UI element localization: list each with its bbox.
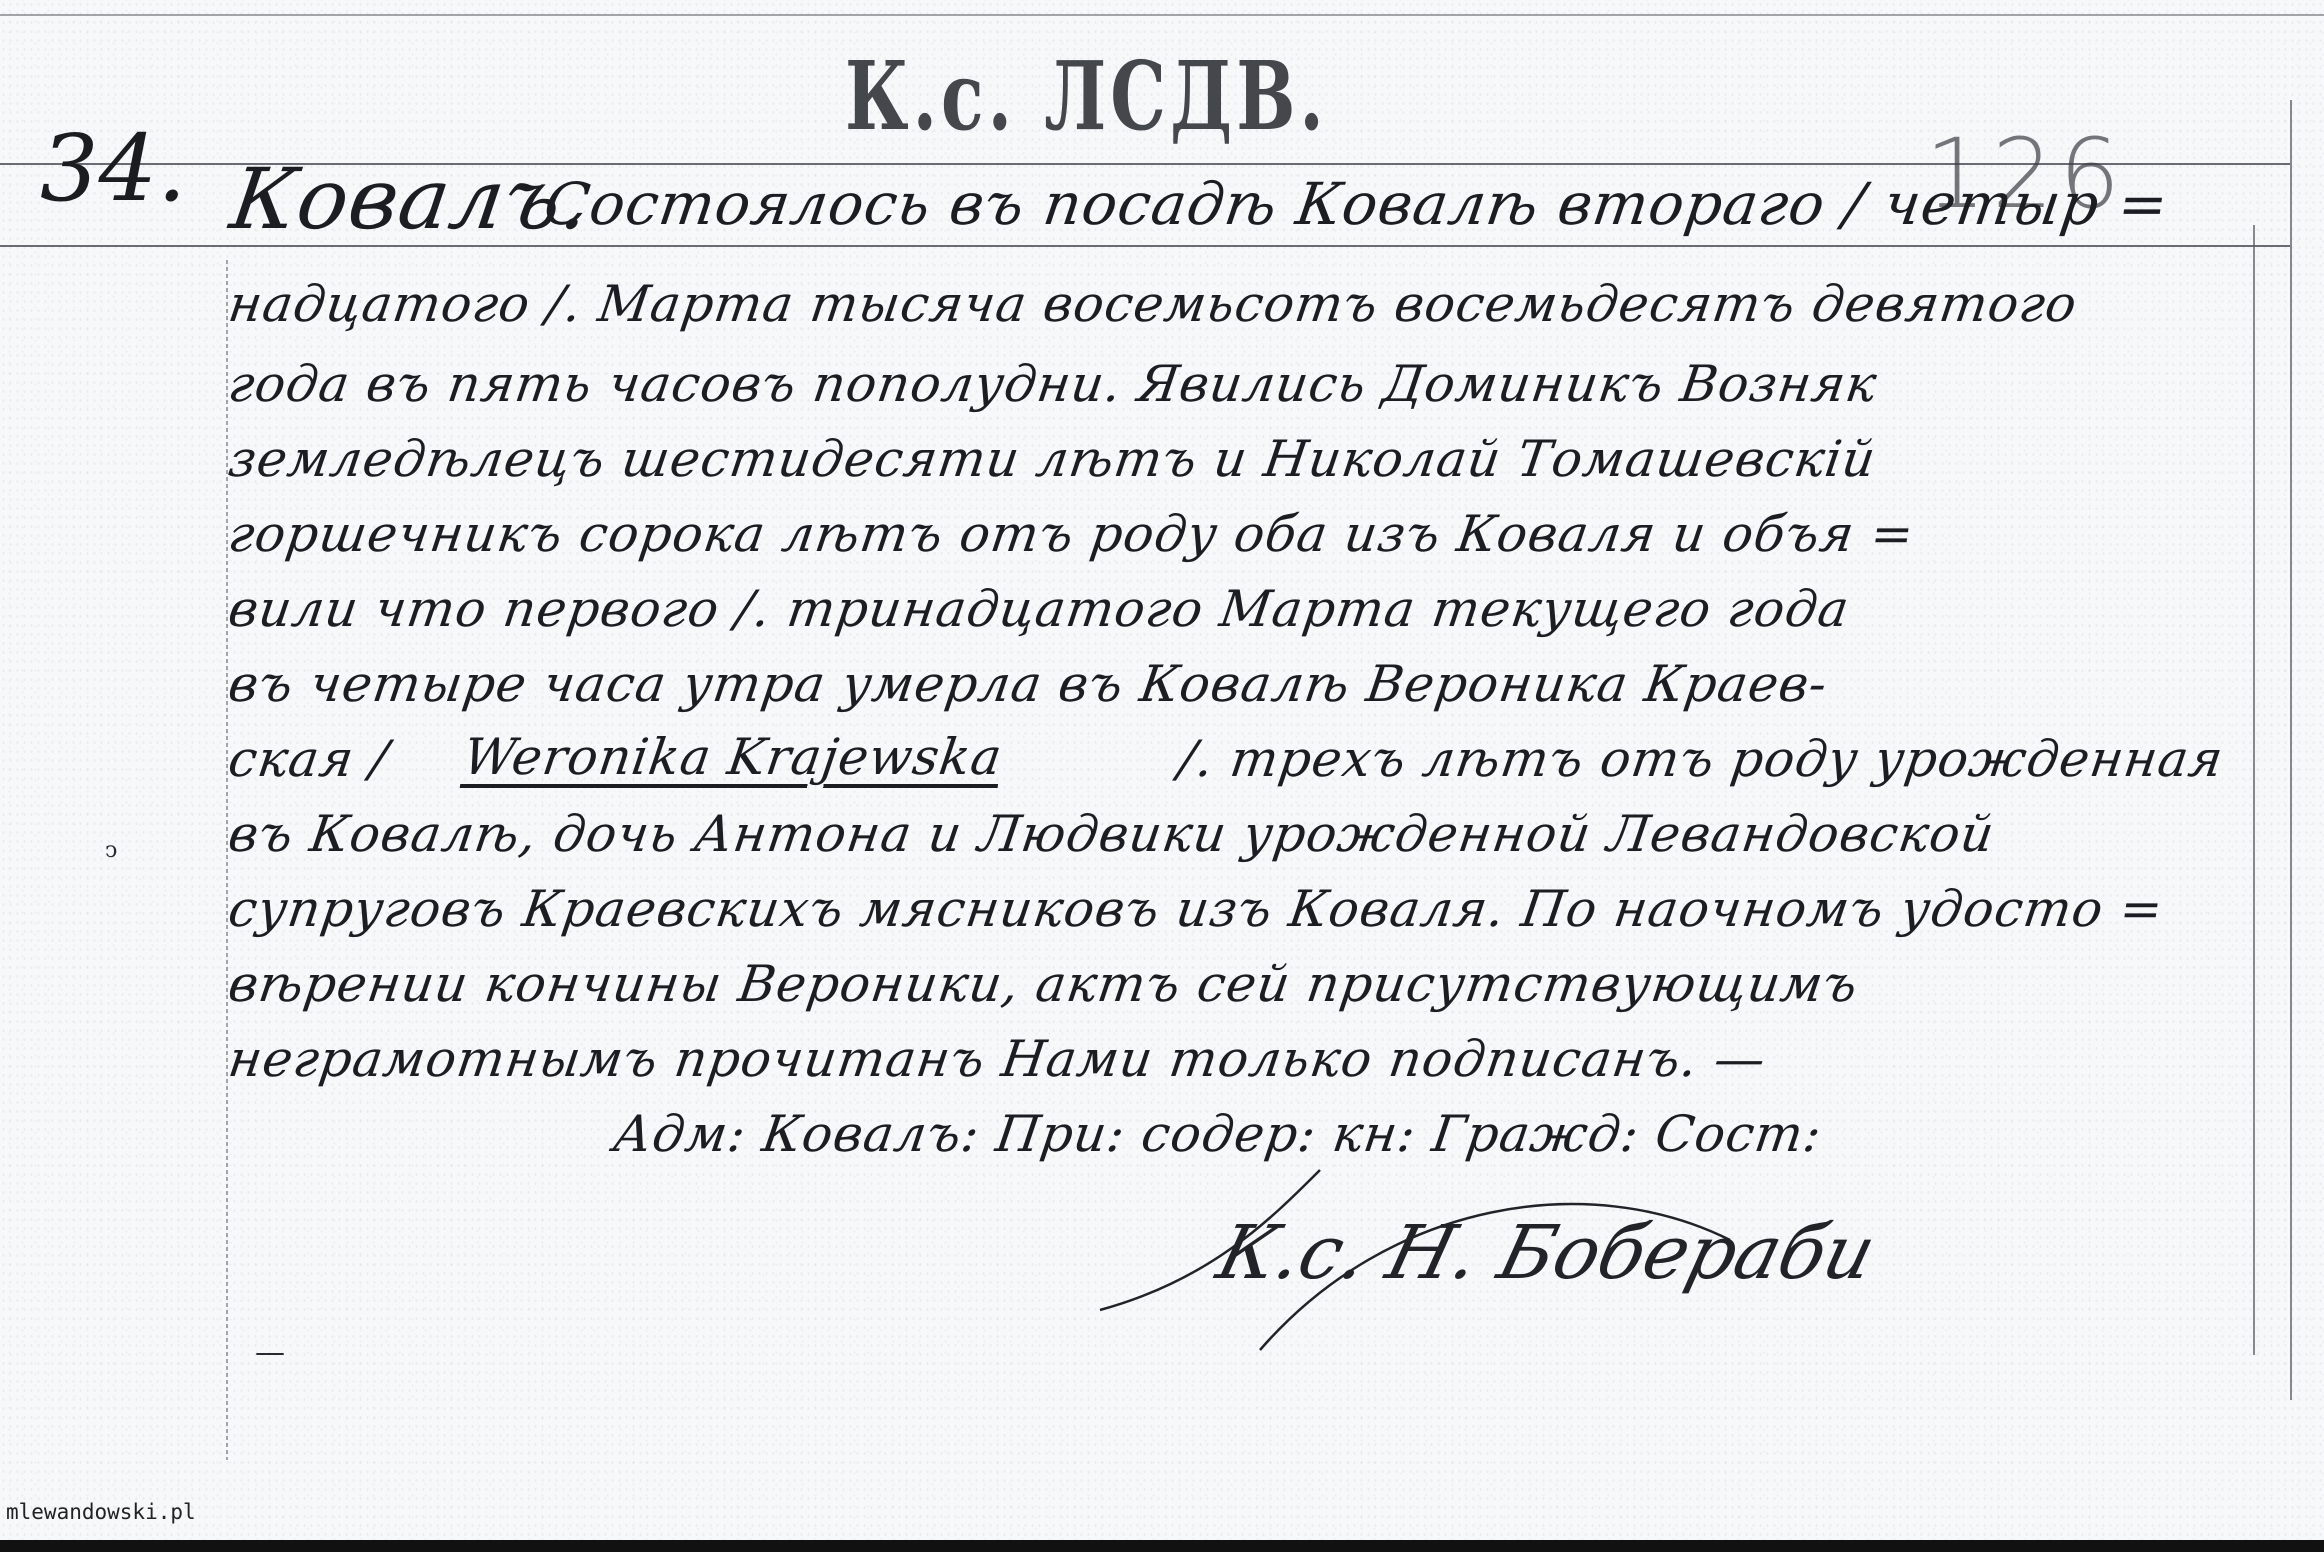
text-line-2: надцатого /. Марта тысяча восемьсотъ вос…: [225, 275, 2081, 333]
text-line-1: Состоялось въ посадѣ Ковалѣ втораго / че…: [540, 170, 2173, 238]
text-line-9: въ Ковалѣ, дочь Антона и Людвики урожден…: [225, 805, 1998, 863]
text-line-6: вили что первого /. тринадцатого Марта т…: [225, 580, 1853, 638]
text-line-5: горшечникъ сорока лѣтъ отъ роду оба изъ …: [225, 505, 1918, 563]
entry-number: 34.: [40, 115, 186, 222]
text-line-10: супруговъ Краевскихъ мясниковъ изъ Ковал…: [225, 880, 2167, 938]
scanned-document-page: К.с. ЛСДВ. 126 34. Ковалъ. Состоялось въ…: [0, 0, 2324, 1540]
text-line-8-end: /. трехъ лѣтъ отъ роду урожденная: [1175, 730, 2227, 788]
latin-name-underlined: Weronika Krajewska: [460, 728, 1006, 786]
text-line-7: въ четыре часа утра умерла въ Ковалѣ Вер…: [225, 655, 1831, 713]
text-line-11: вѣрении кончины Вероники, актъ сей прису…: [225, 955, 1862, 1013]
right-margin-rule-outer: [2290, 100, 2292, 1400]
right-margin-rule-inner: [2253, 225, 2255, 1355]
text-line-12: неграмотнымъ прочитанъ Нами только подпи…: [225, 1030, 1770, 1088]
top-border-line: [0, 14, 2324, 16]
registry-stamp: К.с. ЛСДВ.: [845, 40, 1328, 152]
text-line-4: земледѣлецъ шестидесяти лѣтъ и Николай Т…: [225, 430, 1880, 488]
margin-mark-bottom: —: [255, 1335, 285, 1370]
official-signature: К.с. Н. Бобераби: [1209, 1210, 1884, 1296]
text-line-3: года въ пять часовъ пополудни. Явились Д…: [225, 355, 1881, 413]
margin-mark-left: ↄ: [105, 838, 117, 863]
bottom-border-bar: [0, 1540, 2324, 1552]
text-line-8-start: ская /: [225, 730, 393, 788]
watermark: mlewandowski.pl: [6, 1500, 196, 1524]
closing-line: Адм: Ковалъ: При: содер: кн: Гражд: Сост…: [610, 1105, 1826, 1163]
